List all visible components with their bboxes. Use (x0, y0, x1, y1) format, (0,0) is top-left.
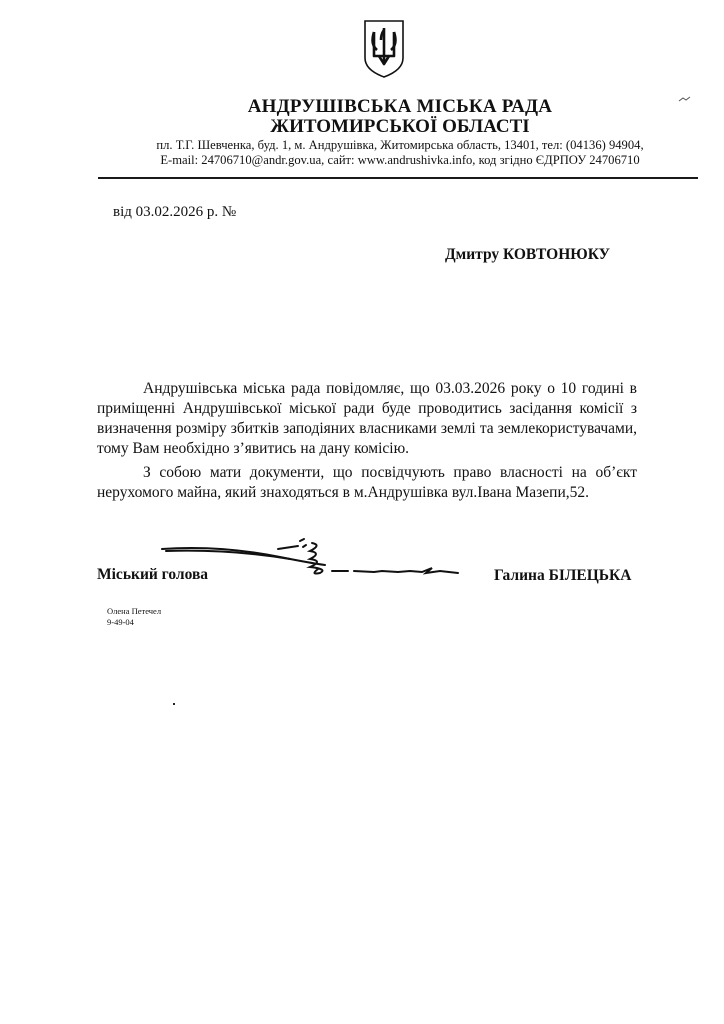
body-paragraph-2: З собою мати документи, що посвідчують п… (97, 463, 637, 503)
org-name-line2: ЖИТОМИРСЬКОЇ ОБЛАСТІ (100, 116, 700, 138)
executor-phone: 9-49-04 (107, 617, 134, 627)
signatory-title: Міський голова (97, 566, 208, 584)
scan-artifact (173, 703, 175, 705)
recipient-name: Дмитру КОВТОНЮКУ (445, 246, 610, 264)
address-line2: E-mail: 24706710@andr.gov.ua, сайт: www.… (100, 153, 700, 168)
signatory-name: Галина БІЛЕЦЬКА (494, 567, 631, 585)
address-line1: пл. Т.Г. Шевченка, буд. 1, м. Андрушівка… (100, 138, 700, 153)
executor-name: Олена Петечел (107, 606, 161, 616)
reference-date-number: від 03.02.2026 р. № (113, 204, 236, 221)
header-divider (98, 177, 698, 179)
body-paragraph-1: Андрушівська міська рада повідомляє, що … (97, 379, 637, 459)
trident-coat-of-arms-icon (362, 18, 406, 80)
org-name-line1: АНДРУШІВСЬКА МІСЬКА РАДА (100, 96, 700, 118)
